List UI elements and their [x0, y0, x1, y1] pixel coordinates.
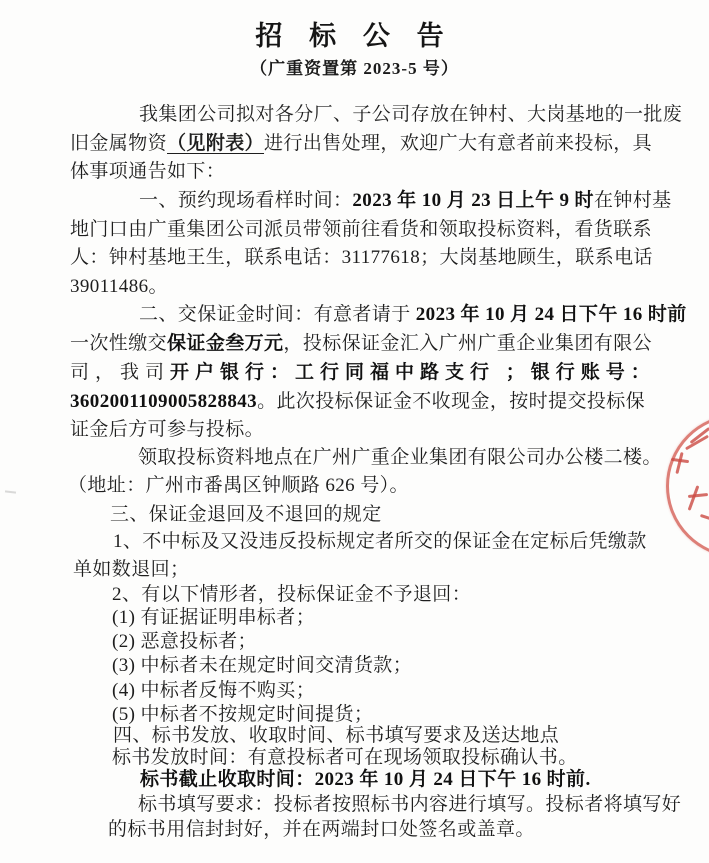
para1-line3: 体事项通告如下： — [70, 160, 225, 183]
page-title: 招 标 公 告 — [0, 14, 709, 53]
sample-viewing-datetime: 2023 年 10 月 23 日上午 9 时 — [352, 190, 594, 211]
bank-account-number: 3602001109005828843 — [70, 391, 257, 412]
document-page: 招 标 公 告 （广重资置第 2023-5 号） 我集团公司拟对各分厂、子公司存… — [0, 0, 709, 863]
section2-line4-post: 。此次投标保证金不收现金，按时提交投标保 — [257, 391, 645, 412]
section2-line3-pre: 司，我司 — [70, 362, 170, 383]
scan-artifact — [5, 490, 16, 493]
section2-line3: 司，我司开户银行：工行同福中路支行 ；银行账号： — [70, 361, 656, 384]
section3-subitem2: (2) 恶意投标者； — [112, 630, 257, 653]
para1-line1: 我集团公司拟对各分厂、子公司存放在钟村、大岗基地的一批废 — [139, 103, 682, 126]
section3-subitem5: (5) 中标者不按规定时间提货； — [112, 703, 373, 726]
section3-subitem1: (1) 有证据证明串标者； — [112, 606, 315, 629]
section2-line2: 一次性缴交保证金叁万元，投标保证金汇入广州广重企业集团有限公 — [70, 332, 652, 355]
section1-line1: 一、预约现场看样时间：2023 年 10 月 23 日上午 9 时在钟村基 — [139, 189, 672, 212]
para1-line2-pre: 旧金属物资 — [70, 133, 167, 154]
section1-line1-post: 在钟村基 — [594, 190, 672, 211]
section4-fill-requirements-line1: 标书填写要求：投标者按照标书内容进行填写。投标者将填写好 — [138, 793, 681, 816]
section4-heading: 四、标书发放、收取时间、标书填写要求及送达地点 — [113, 724, 559, 747]
deposit-deadline: 2023 年 10 月 24 日下午 16 时前 — [416, 304, 687, 325]
section2-line4: 3602001109005828843。此次投标保证金不收现金，按时提交投标保 — [70, 390, 645, 413]
deposit-amount: 保证金叁万元 — [167, 333, 283, 354]
section2-line2-post: ，投标保证金汇入广州广重企业集团有限公 — [283, 333, 652, 354]
doc-number: （广重资置第 2023-5 号） — [0, 54, 709, 79]
bid-collection-deadline: 标书截止收取时间：2023 年 10 月 24 日下午 16 时前. — [140, 768, 591, 791]
section3-item1-line2: 单如数退回； — [73, 558, 189, 581]
section1-line4: 39011486。 — [70, 275, 168, 298]
section2-label: 二、交保证金时间：有意者请于 — [139, 304, 416, 325]
see-attachment-emphasis: （见附表） — [167, 133, 264, 154]
section3-item2: 2、有以下情形者，投标保证金不予退回： — [112, 583, 471, 606]
section2-line1: 二、交保证金时间：有意者请于 2023 年 10 月 24 日下午 16 时前 — [139, 303, 687, 326]
bank-info: 开户银行：工行同福中路支行 ；银行账号： — [170, 362, 656, 383]
section1-line2: 地门口由广重集团公司派员带领前往看货和领取投标资料，看货联系 — [70, 218, 652, 241]
section4-issue-time: 标书发放时间：有意投标者可在现场领取投标确认书。 — [112, 746, 578, 769]
para3-line1: 领取投标资料地点在广州广重企业集团有限公司办公楼二楼。 — [138, 446, 662, 469]
section1-line3: 人：钟村基地王生，联系电话：31177618；大岗基地顾生，联系电话 — [70, 246, 653, 269]
section2-line5: 证金后方可参与投标。 — [70, 418, 264, 441]
para1-line2-post: 进行出售处理，欢迎广大有意者前来投标，具 — [264, 133, 652, 154]
section3-subitem4: (4) 中标者反悔不购买； — [112, 679, 315, 702]
section2-line2-pre: 一次性缴交 — [70, 333, 167, 354]
section1-label: 一、预约现场看样时间： — [139, 190, 352, 211]
red-seal-circle-icon — [666, 414, 709, 558]
section4-fill-requirements-line2: 的标书用信封封好，并在两端封口处签名或盖章。 — [108, 818, 535, 841]
para3-address: （地址：广州市番禺区钟顺路 626 号）。 — [68, 474, 409, 497]
section3-item1-line1: 1、不中标及又没违反投标规定者所交的保证金在定标后凭缴款 — [113, 530, 647, 553]
section3-subitem3: (3) 中标者未在规定时间交清货款； — [112, 654, 412, 677]
para1-line2: 旧金属物资（见附表）进行出售处理，欢迎广大有意者前来投标，具 — [70, 132, 652, 155]
section3-heading: 三、保证金退回及不退回的规定 — [110, 503, 382, 526]
